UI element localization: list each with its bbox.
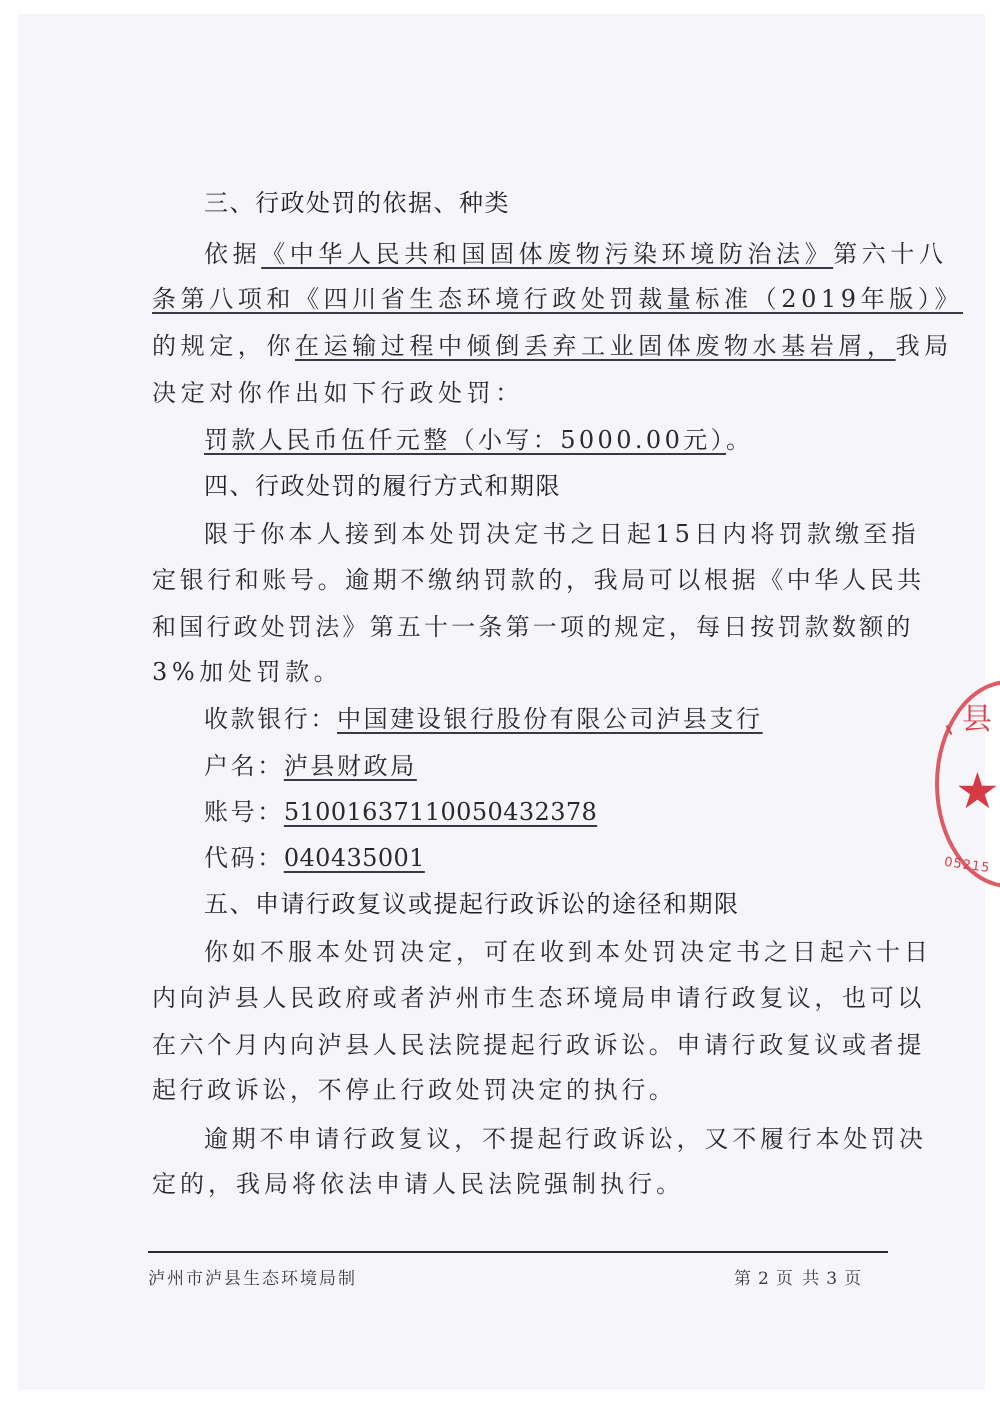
text: 决定对你作出如下行政处罚： [152, 379, 524, 407]
section-5-line-1: 你如不服本处罚决定，可在收到本处罚决定书之日起六十日 [204, 937, 944, 967]
page-current: 2 [758, 1269, 769, 1289]
account-number-label: 账号： [204, 798, 284, 826]
law-reference: 《中华人民共和国固体废物污染环境防治法》 [261, 240, 833, 268]
code-value: 040435001 [284, 844, 425, 872]
page-mid: 页 共 [776, 1269, 819, 1289]
section-5-line-2: 内向泸县人民政府或者泸州市生态环境局申请行政复议，也可以 [152, 983, 892, 1013]
text: 我局 [896, 332, 953, 360]
document-page: 三、行政处罚的依据、种类 依据《中华人民共和国固体废物污染环境防治法》第六十八 … [0, 0, 1000, 1414]
account-name-label: 户名： [204, 752, 284, 780]
section-4-heading: 四、行政处罚的履行方式和期限 [204, 471, 944, 501]
section-5-line-4: 起行政诉讼，不停止行政处罚决定的执行。 [152, 1075, 892, 1105]
section-4-line-3: 和国行政处罚法》第五十一条第一项的规定，每日按罚款数额的 [152, 612, 892, 642]
text: 依据 [204, 240, 261, 268]
bank-row: 收款银行：中国建设银行股份有限公司泸县支行 [204, 704, 944, 734]
footer-issuer: 泸州市泸县生态环境局制 [148, 1264, 357, 1289]
seal-star-icon: ★ [955, 766, 1000, 816]
page-number: 第2页 共3页 [734, 1264, 868, 1289]
bank-value: 中国建设银行股份有限公司泸县支行 [337, 705, 763, 733]
account-number-row: 账号：51001637110050432378 [204, 797, 944, 827]
section-5-heading: 五、申请行政复议或提起行政诉讼的途径和期限 [204, 889, 944, 919]
section-3-line-1: 依据《中华人民共和国固体废物污染环境防治法》第六十八 [204, 239, 892, 269]
closing-line-1: 逾期不申请行政复议，不提起行政诉讼，又不履行本处罚决 [204, 1124, 944, 1154]
section-4-line-4: 3%加处罚款。 [152, 657, 892, 687]
penalty-line: 罚款人民币伍仟元整（小写：5000.00元）。 [204, 425, 944, 455]
account-name-value: 泸县财政局 [284, 752, 417, 780]
section-5-line-3: 在六个月内向泸县人民法院提起行政诉讼。申请行政复议或者提 [152, 1030, 892, 1060]
section-3-line-3: 的规定，你在运输过程中倾倒丢弃工业固体废物水基岩屑，我局 [152, 331, 892, 361]
bank-label: 收款银行： [204, 705, 337, 733]
code-label: 代码： [204, 844, 284, 872]
violation-description: 在运输过程中倾倒丢弃工业固体废物水基岩屑， [295, 332, 896, 360]
text: 的规定，你 [152, 332, 295, 360]
account-name-row: 户名：泸县财政局 [204, 751, 944, 781]
section-3-heading: 三、行政处罚的依据、种类 [204, 188, 944, 218]
account-number-value: 51001637110050432378 [284, 798, 597, 826]
penalty-amount: 罚款人民币伍仟元整（小写：5000.00元） [204, 426, 726, 454]
code-row: 代码：040435001 [204, 843, 944, 873]
text: 第六十八 [833, 240, 947, 268]
text: 。 [726, 426, 753, 454]
page-total: 3 [826, 1269, 837, 1289]
page-suffix: 页 [844, 1269, 861, 1289]
section-4-line-2: 定银行和账号。逾期不缴纳罚款的，我局可以根据《中华人民共 [152, 565, 892, 595]
section-3-line-2: 条第八项和《四川省生态环境行政处罚裁量标准（2019年版）》 [152, 284, 892, 314]
page-prefix: 第 [734, 1269, 751, 1289]
law-reference: 条第八项和《四川省生态环境行政处罚裁量标准（2019年版）》 [152, 285, 963, 313]
footer-divider [148, 1251, 888, 1253]
section-3-line-4: 决定对你作出如下行政处罚： [152, 378, 892, 408]
section-4-line-1: 限于你本人接到本处罚决定书之日起15日内将罚款缴至指 [204, 519, 944, 549]
seal-text: 县 [962, 694, 992, 738]
closing-line-2: 定的，我局将依法申请人民法院强制执行。 [152, 1169, 892, 1199]
